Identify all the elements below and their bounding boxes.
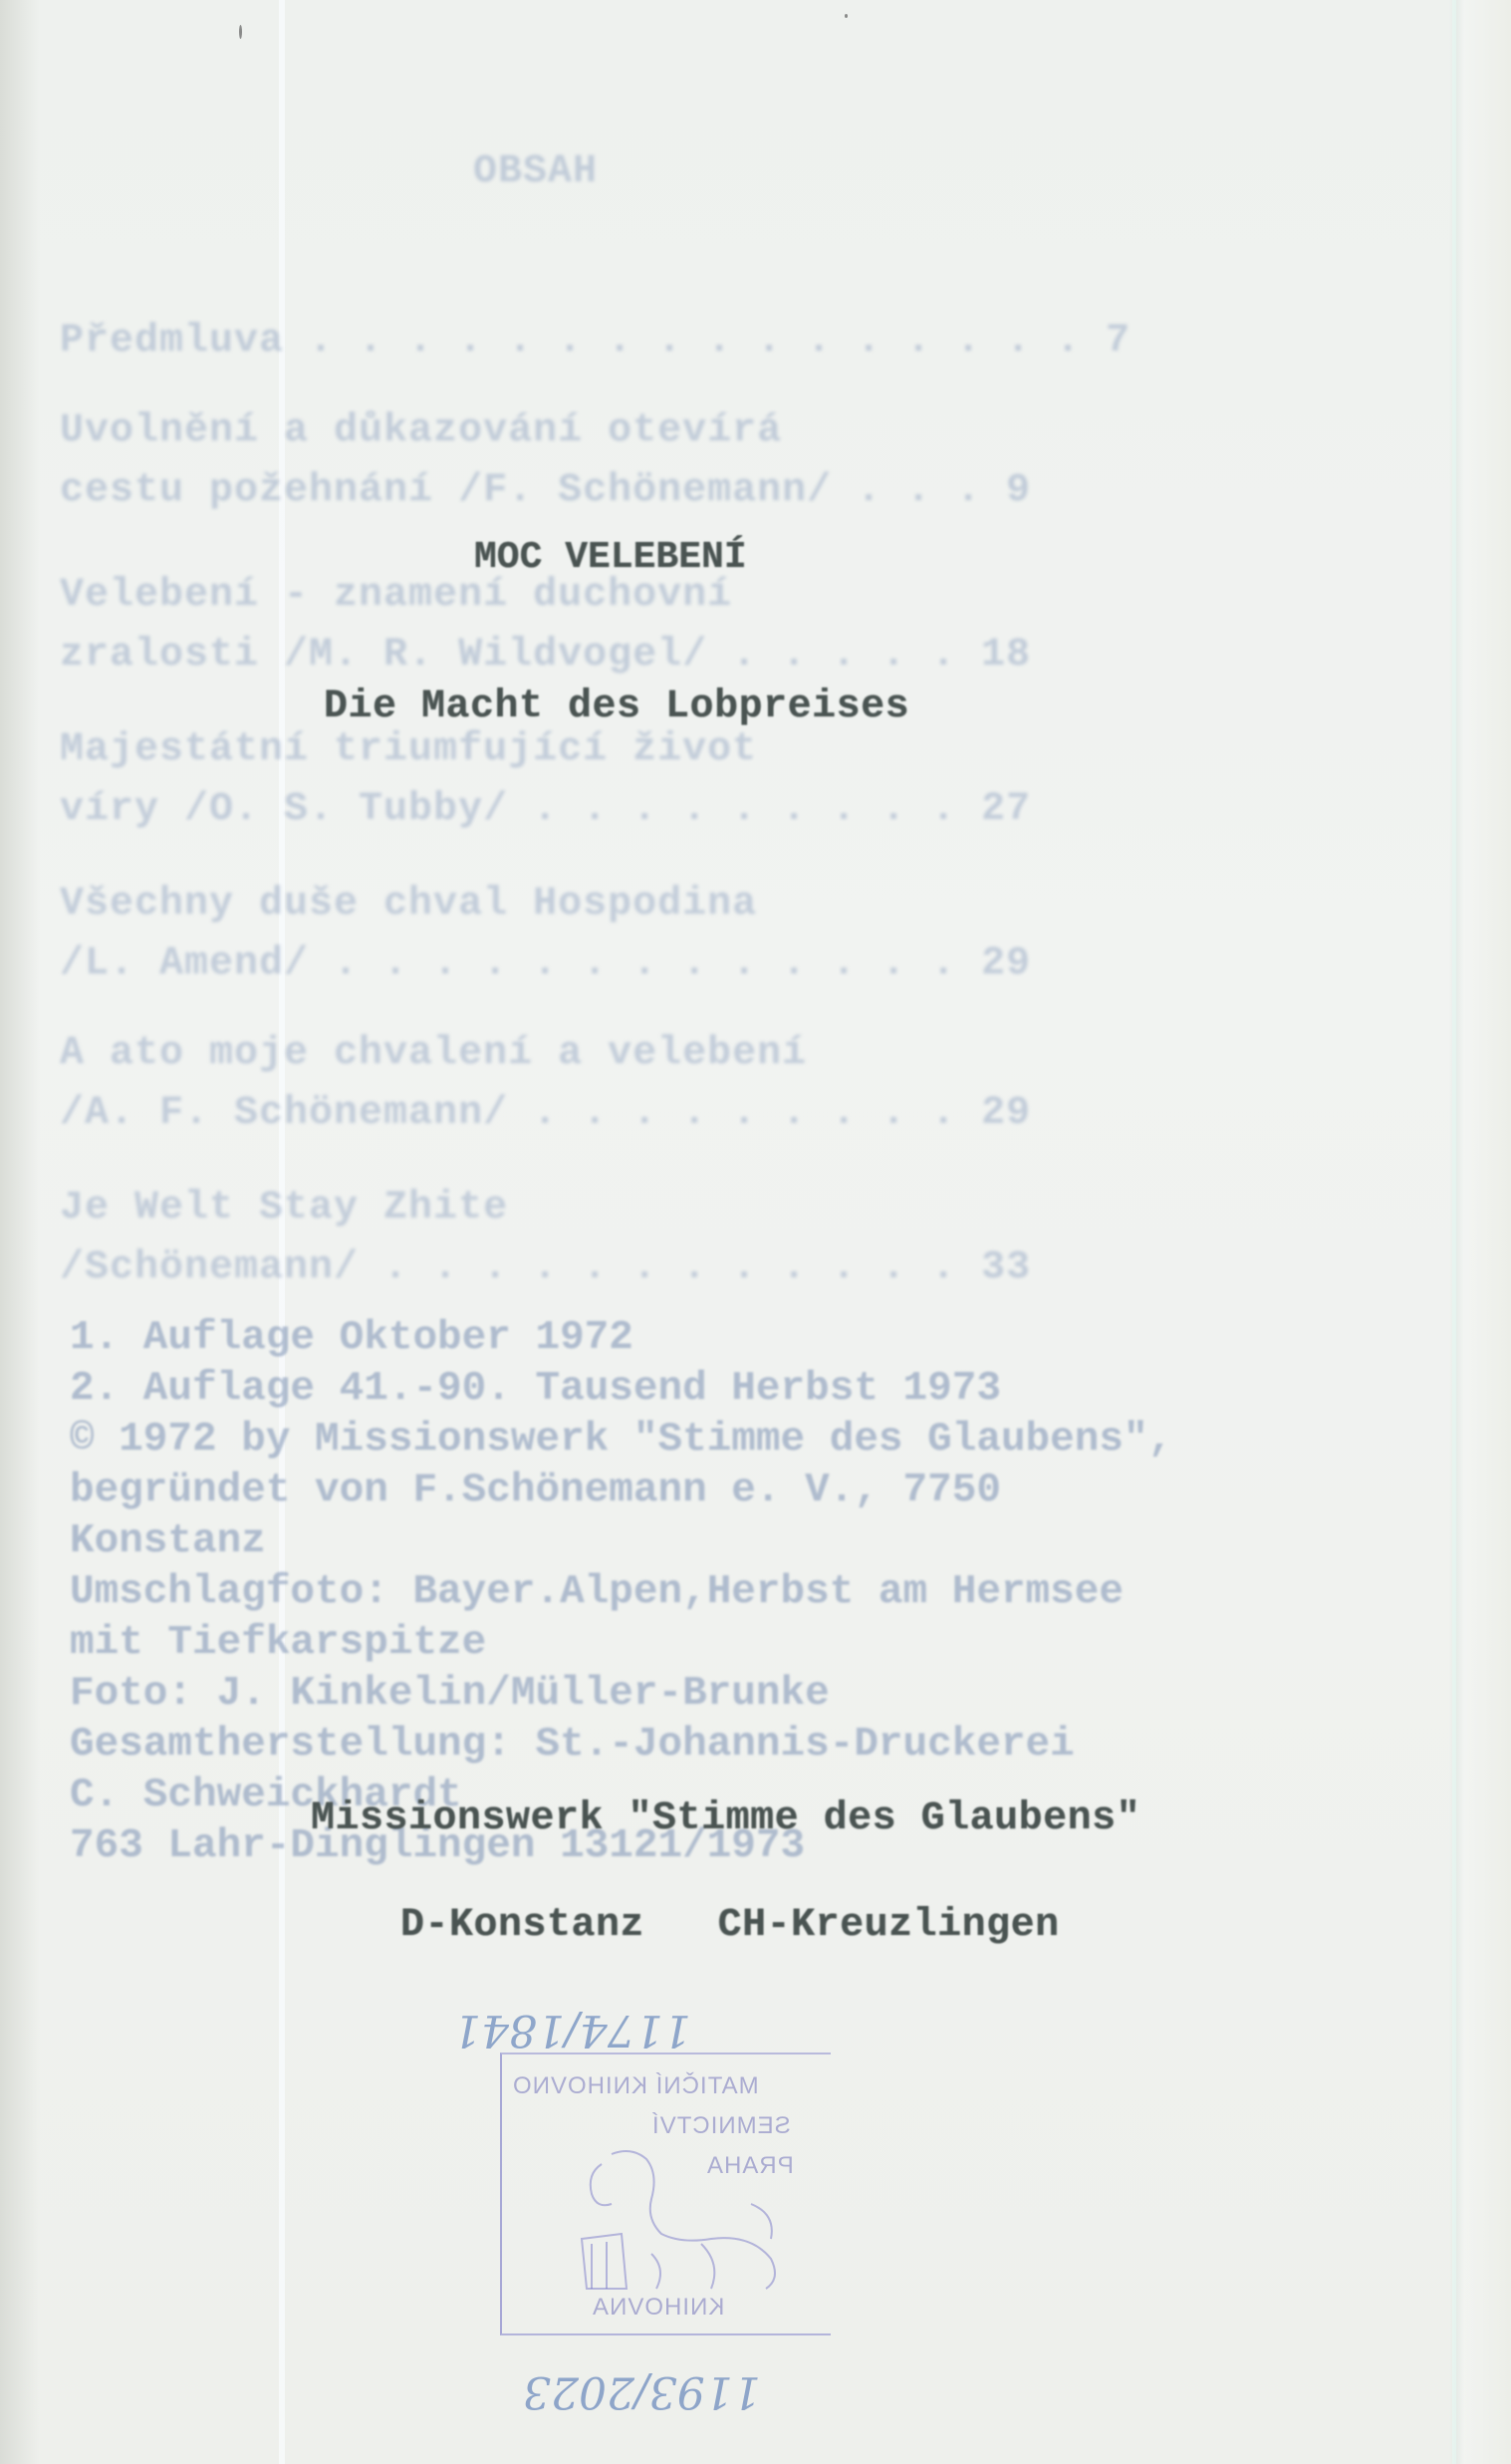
publisher-name: Missionswerk "Stimme des Glaubens"	[311, 1796, 1140, 1841]
stamp-line: KNIHOVNA	[592, 2294, 724, 2322]
show-through-toc-line: cestu požehnání /F. Schönemann/ . . . 9	[60, 468, 1031, 513]
show-through-toc-line: zralosti /M. R. Wildvogel/ . . . . . 18	[60, 633, 1031, 678]
lion-emblem-icon	[522, 2144, 801, 2294]
handwritten-accession-number: 1193/2023	[523, 2366, 761, 2417]
handwritten-shelf-number: 1174/1841	[453, 2005, 691, 2055]
show-through-toc-heading: OBSAH	[473, 149, 598, 194]
location-switzerland: CH-Kreuzlingen	[718, 1903, 1060, 1948]
paper-speck	[239, 25, 242, 39]
edition-line: Konstanz	[70, 1516, 1172, 1567]
edition-line: Umschlagfoto: Bayer.Alpen,Herbst am Herm…	[70, 1567, 1172, 1618]
edition-line: begründet von F.Schönemann e. V., 7750	[70, 1466, 1172, 1516]
show-through-toc-line: Velebení - znamení duchovní	[60, 573, 732, 618]
edition-imprint: 1. Auflage Oktober 19722. Auflage 41.-90…	[70, 1313, 1172, 1872]
edition-line: Foto: J. Kinkelin/Müller-Brunke	[70, 1669, 1172, 1720]
show-through-toc-line: Předmluva . . . . . . . . . . . . . . . …	[60, 319, 1131, 364]
show-through-toc-line: /A. F. Schönemann/ . . . . . . . . . 29	[60, 1091, 1031, 1136]
scan-artifact-line	[1452, 0, 1456, 2464]
stamp-line: SEMNICTVÍ	[651, 2112, 791, 2140]
publisher-locations: D-Konstanz CH-Kreuzlingen	[400, 1903, 1060, 1948]
show-through-toc-line: A ato moje chvalení a velebení	[60, 1031, 807, 1076]
show-through-toc-line: víry /O. S. Tubby/ . . . . . . . . . 27	[60, 787, 1031, 832]
show-through-toc-line: Je Welt Stay Zhite	[60, 1186, 508, 1231]
show-through-toc-line: Majestátní triumfující život	[60, 727, 757, 772]
show-through-toc-line: Uvolnění a důkazování otevírá	[60, 409, 782, 453]
edition-line: Gesamtherstellung: St.-Johannis-Druckere…	[70, 1720, 1172, 1771]
location-germany: D-Konstanz	[400, 1903, 644, 1948]
paper-speck	[845, 14, 848, 18]
show-through-toc-line: Všechny duše chval Hospodina	[60, 882, 757, 927]
stamp-line: MATIČNÍ KNIHOVNO	[512, 2072, 759, 2100]
library-stamp: MATIČNÍ KNIHOVNO SEMNICTVÍ PRAHA KNIHOVN…	[500, 2053, 831, 2335]
edition-line: 1. Auflage Oktober 1972	[70, 1313, 1172, 1364]
edition-line: © 1972 by Missionswerk "Stimme des Glaub…	[70, 1415, 1172, 1466]
scanned-page: OBSAH Předmluva . . . . . . . . . . . . …	[0, 0, 1511, 2464]
title-czech: MOC VELEBENÍ	[474, 536, 747, 579]
show-through-toc-line: /L. Amend/ . . . . . . . . . . . . . 29	[60, 942, 1031, 986]
title-german: Die Macht des Lobpreises	[324, 684, 909, 729]
show-through-toc-line: /Schönemann/ . . . . . . . . . . . . 33	[60, 1245, 1031, 1290]
scan-artifact-line	[279, 0, 285, 2464]
edition-line: mit Tiefkarspitze	[70, 1618, 1172, 1669]
edition-line: 2. Auflage 41.-90. Tausend Herbst 1973	[70, 1364, 1172, 1415]
